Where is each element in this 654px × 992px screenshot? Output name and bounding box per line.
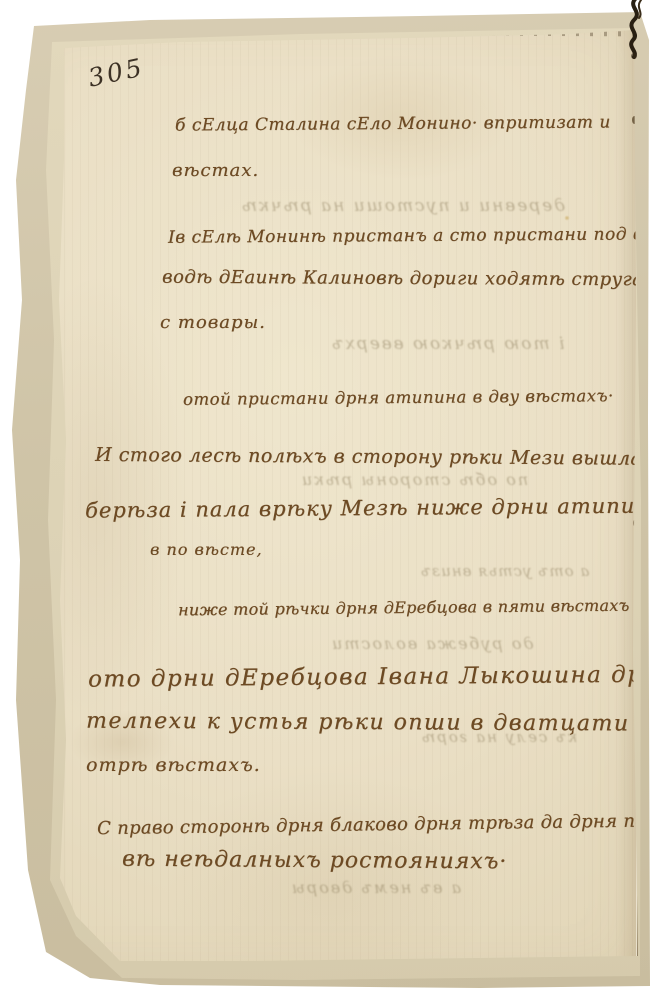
handwritten-line: отрѣ вѣстахъ. <box>86 754 261 776</box>
handwritten-line: с товары. <box>160 312 266 333</box>
handwritten-line: отой пристани дрня атипина в дву вѣстахъ… <box>183 386 614 409</box>
handwritten-line: б сЕлца Сталина сЕло Монино· впритизат и <box>175 112 611 135</box>
handwritten-line: вѣстах. <box>172 160 259 181</box>
handwritten-line: в по вѣсте, <box>150 540 263 559</box>
handwritten-line: ото дрни дЕребцова Івана Лыкошина дрнѣ <box>88 661 654 692</box>
manuscript-page: деревни и пустоши на рѣчкѣ і тою рѣчкою … <box>0 0 654 992</box>
handwritten-line: Ів сЕлѣ Монинѣ пристанъ а сто пристани п… <box>168 224 654 247</box>
bleedthrough-text: а отъ устья внизъ <box>420 562 589 580</box>
handwritten-line: И стого лесѣ полѣхъ в сторону рѣки Мези … <box>95 444 654 470</box>
handwritten-line: телпехи к устья рѣки опши в дватцати <box>86 709 630 737</box>
bleedthrough-text: деревни и пустоши на рѣчкѣ <box>240 196 565 216</box>
handwritten-line: вѣ неѣдалныхъ ростоянияхъ· <box>122 847 507 875</box>
bleedthrough-text: по обѣ стороны рѣки <box>300 470 528 489</box>
handwritten-line: водѣ дЕаинѣ Калиновѣ дориги ходятѣ струг… <box>162 267 654 291</box>
bleedthrough-text: а въ немъ дворы <box>290 878 461 897</box>
handwritten-line: берѣза і пала врѣку Мезѣ ниже дрни атипи… <box>85 493 654 522</box>
bleedthrough-text: і тою рѣчкою вверхъ <box>330 334 564 354</box>
manuscript-scan: деревни и пустоши на рѣчкѣ і тою рѣчкою … <box>0 0 654 992</box>
bleedthrough-text: до рубежа волости <box>330 634 534 653</box>
binding-thread-icon <box>600 0 654 68</box>
